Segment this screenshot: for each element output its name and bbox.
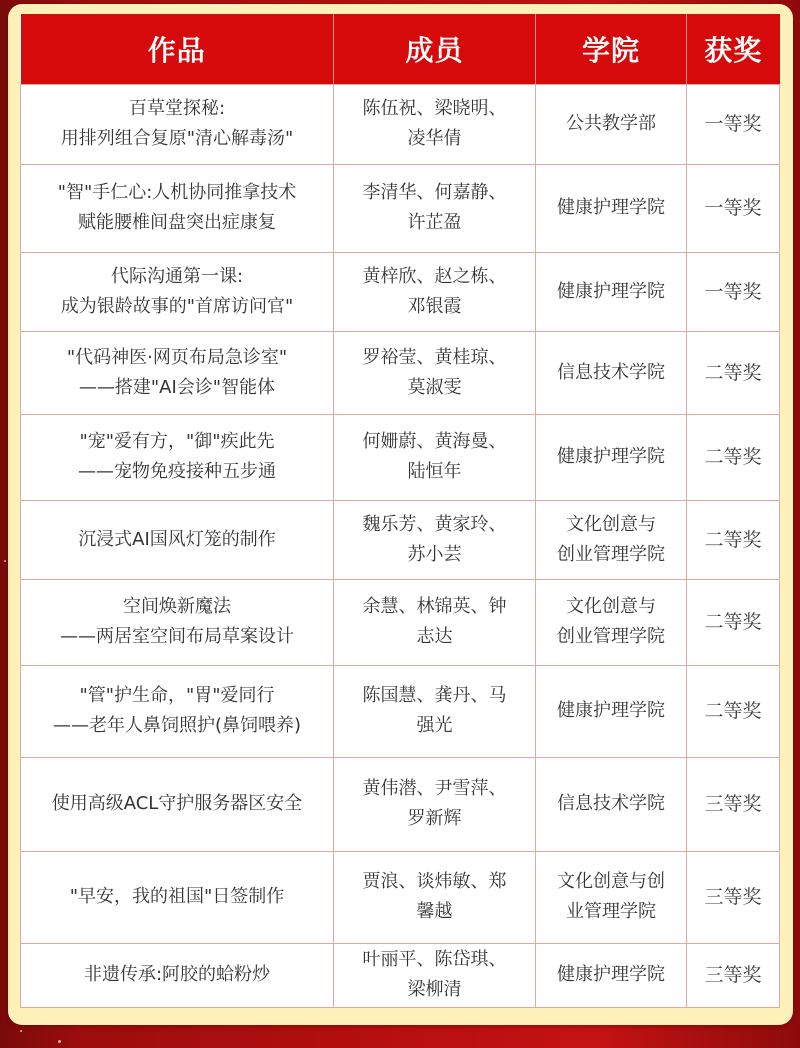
table-row: "管"护生命，"胃"爱同行 ——老年人鼻饲照护(鼻饲喂养) 陈国慧、龚丹、马 强…: [21, 665, 780, 757]
award-cell: 一等奖: [687, 164, 780, 252]
college-cell: 健康护理学院: [536, 414, 687, 500]
work-cell: "代码神医·网页布局急诊室" ——搭建"AI会诊"智能体: [21, 331, 334, 414]
table-row: 使用高级ACL守护服务器区安全 黄伟潜、尹雪萍、 罗新辉 信息技术学院 三等奖: [21, 757, 780, 851]
award-cell: 三等奖: [687, 943, 780, 1007]
award-cell: 二等奖: [687, 665, 780, 757]
award-cell: 二等奖: [687, 579, 780, 665]
award-cell: 二等奖: [687, 331, 780, 414]
college-cell: 文化创意与创 业管理学院: [536, 851, 687, 943]
header-college: 学院: [536, 14, 687, 84]
work-cell: 空间焕新魔法 ——两居室空间布局草案设计: [21, 579, 334, 665]
work-cell: 使用高级ACL守护服务器区安全: [21, 757, 334, 851]
award-cell: 二等奖: [687, 414, 780, 500]
table-row: "代码神医·网页布局急诊室" ——搭建"AI会诊"智能体 罗裕莹、黄桂琼、 莫淑…: [21, 331, 780, 414]
members-cell: 何姗蔚、黄海曼、 陆恒年: [334, 414, 536, 500]
members-cell: 李清华、何嘉静、 许芷盈: [334, 164, 536, 252]
awards-table: 作品 成员 学院 获奖 百草堂探秘: 用排列组合复原"清心解毒汤" 陈伍祝、梁晓…: [20, 14, 780, 1008]
sparkle-decoration: [58, 1040, 61, 1043]
members-cell: 叶丽平、陈岱琪、 梁柳清: [334, 943, 536, 1007]
members-cell: 黄梓欣、赵之栋、 邓银霞: [334, 252, 536, 331]
college-cell: 公共教学部: [536, 84, 687, 164]
members-cell: 魏乐芳、黄家玲、 苏小芸: [334, 500, 536, 579]
work-cell: 非遗传承:阿胶的蛤粉炒: [21, 943, 334, 1007]
work-cell: "智"手仁心:人机协同推拿技术 赋能腰椎间盘突出症康复: [21, 164, 334, 252]
header-row: 作品 成员 学院 获奖: [21, 14, 780, 84]
work-cell: 代际沟通第一课: 成为银龄故事的"首席访问官": [21, 252, 334, 331]
award-cell: 二等奖: [687, 500, 780, 579]
header-work: 作品: [21, 14, 334, 84]
table-row: 百草堂探秘: 用排列组合复原"清心解毒汤" 陈伍祝、梁晓明、 凌华倩 公共教学部…: [21, 84, 780, 164]
award-cell: 一等奖: [687, 252, 780, 331]
table-row: 沉浸式AI国风灯笼的制作 魏乐芳、黄家玲、 苏小芸 文化创意与 创业管理学院 二…: [21, 500, 780, 579]
work-cell: "早安，我的祖国"日签制作: [21, 851, 334, 943]
college-cell: 健康护理学院: [536, 943, 687, 1007]
college-cell: 文化创意与 创业管理学院: [536, 500, 687, 579]
members-cell: 余慧、林锦英、钟 志达: [334, 579, 536, 665]
sparkle-decoration: [20, 1030, 22, 1032]
work-cell: "管"护生命，"胃"爱同行 ——老年人鼻饲照护(鼻饲喂养): [21, 665, 334, 757]
members-cell: 贾浪、谈炜敏、郑 馨越: [334, 851, 536, 943]
members-cell: 黄伟潜、尹雪萍、 罗新辉: [334, 757, 536, 851]
college-cell: 健康护理学院: [536, 164, 687, 252]
college-cell: 健康护理学院: [536, 252, 687, 331]
work-cell: "宠"爱有方，"御"疾此先 ——宠物免疫接种五步通: [21, 414, 334, 500]
work-cell: 沉浸式AI国风灯笼的制作: [21, 500, 334, 579]
work-cell: 百草堂探秘: 用排列组合复原"清心解毒汤": [21, 84, 334, 164]
table-row: "宠"爱有方，"御"疾此先 ——宠物免疫接种五步通 何姗蔚、黄海曼、 陆恒年 健…: [21, 414, 780, 500]
table-row: 空间焕新魔法 ——两居室空间布局草案设计 余慧、林锦英、钟 志达 文化创意与 创…: [21, 579, 780, 665]
table-row: "早安，我的祖国"日签制作 贾浪、谈炜敏、郑 馨越 文化创意与创 业管理学院 三…: [21, 851, 780, 943]
college-cell: 信息技术学院: [536, 331, 687, 414]
members-cell: 陈伍祝、梁晓明、 凌华倩: [334, 84, 536, 164]
members-cell: 陈国慧、龚丹、马 强光: [334, 665, 536, 757]
award-cell: 三等奖: [687, 851, 780, 943]
table-row: 非遗传承:阿胶的蛤粉炒 叶丽平、陈岱琪、 梁柳清 健康护理学院 三等奖: [21, 943, 780, 1007]
college-cell: 文化创意与 创业管理学院: [536, 579, 687, 665]
header-members: 成员: [334, 14, 536, 84]
members-cell: 罗裕莹、黄桂琼、 莫淑雯: [334, 331, 536, 414]
table-row: 代际沟通第一课: 成为银龄故事的"首席访问官" 黄梓欣、赵之栋、 邓银霞 健康护…: [21, 252, 780, 331]
header-award: 获奖: [687, 14, 780, 84]
sparkle-decoration: [4, 560, 6, 562]
college-cell: 健康护理学院: [536, 665, 687, 757]
award-cell: 一等奖: [687, 84, 780, 164]
award-cell: 三等奖: [687, 757, 780, 851]
college-cell: 信息技术学院: [536, 757, 687, 851]
table-row: "智"手仁心:人机协同推拿技术 赋能腰椎间盘突出症康复 李清华、何嘉静、 许芷盈…: [21, 164, 780, 252]
